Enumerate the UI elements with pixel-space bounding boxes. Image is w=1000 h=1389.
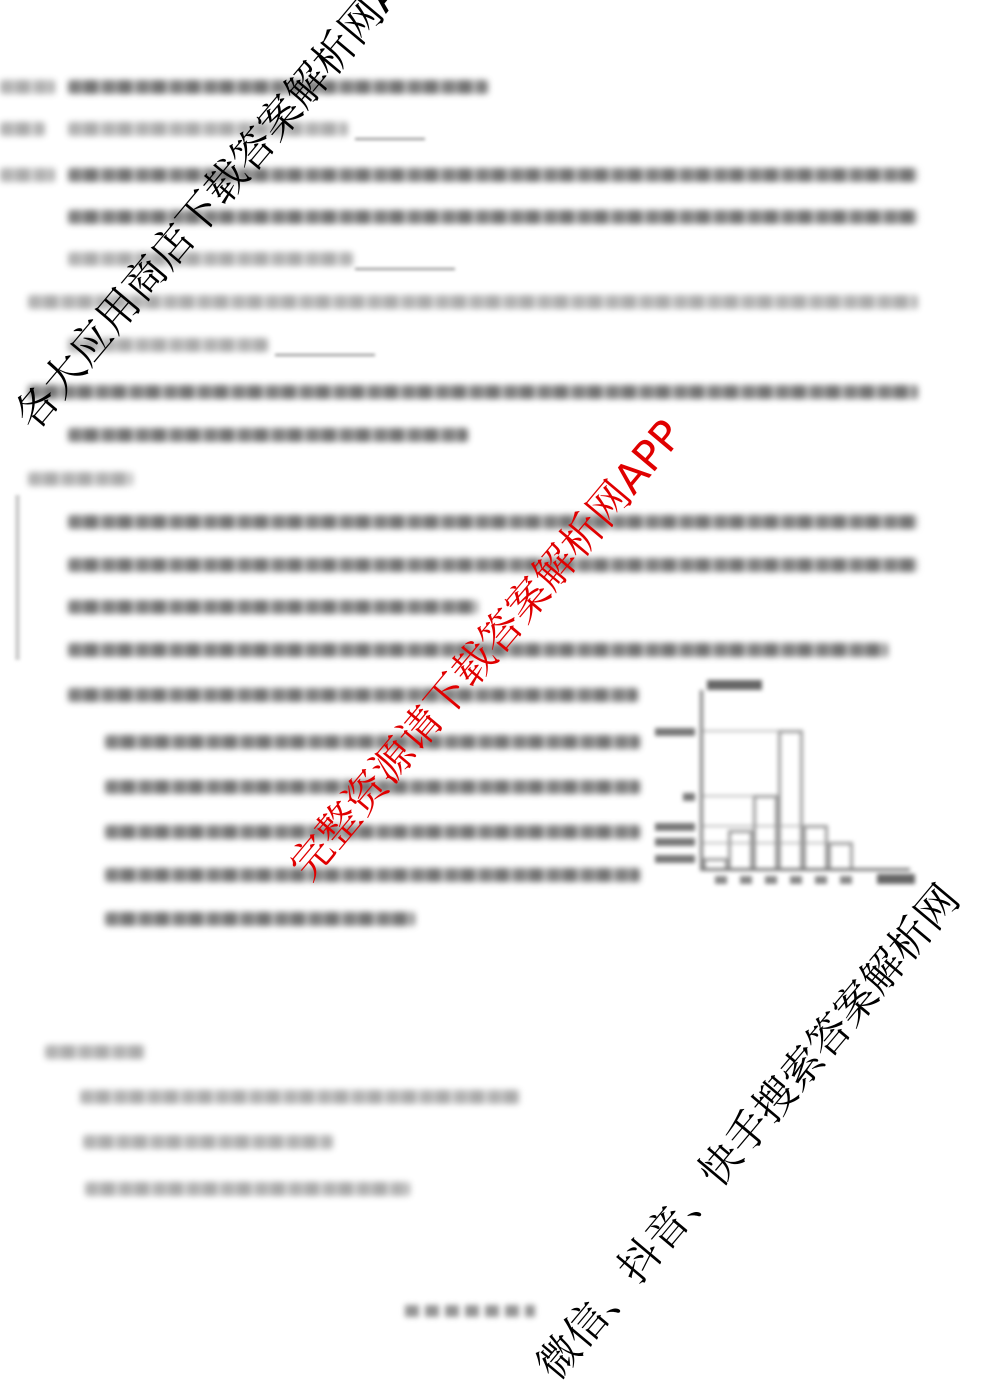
blurred-text-line <box>68 428 468 442</box>
histogram-x-axis <box>700 868 910 871</box>
blurred-text-line <box>105 868 640 882</box>
frequency-histogram <box>655 680 925 890</box>
blurred-text-line <box>68 688 638 702</box>
answer-blank <box>355 268 455 270</box>
blurred-text-line <box>80 1090 520 1104</box>
histogram-y-label <box>707 680 762 690</box>
watermark-bottom-right: 微信、抖音、快手搜索答案解析网 <box>530 877 967 1387</box>
histogram-bar <box>728 830 753 868</box>
histogram-bar <box>778 730 803 868</box>
margin-rule <box>15 495 20 660</box>
histogram-bar <box>703 858 728 868</box>
y-tick <box>655 855 695 863</box>
page-footer <box>405 1305 535 1317</box>
blurred-text-line <box>68 600 478 614</box>
blurred-text-line <box>45 1045 145 1059</box>
y-tick <box>655 838 695 846</box>
blurred-text-line <box>85 1182 410 1196</box>
blurred-text-line <box>68 558 918 572</box>
blurred-text-line <box>0 80 55 94</box>
answer-blank <box>355 138 425 140</box>
histogram-x-tick-labels <box>715 876 865 884</box>
histogram-x-label <box>877 874 915 884</box>
histogram-bar <box>803 825 828 868</box>
blurred-text-line <box>68 515 918 529</box>
y-tick <box>655 823 695 831</box>
blurred-text-line <box>28 295 918 309</box>
answer-blank <box>275 354 375 356</box>
blurred-text-line <box>0 122 45 136</box>
blurred-text-line <box>68 252 353 266</box>
histogram-bar <box>753 795 778 868</box>
y-tick <box>655 728 695 736</box>
blurred-text-line <box>105 825 640 839</box>
blurred-text-line <box>28 472 133 486</box>
y-tick <box>683 793 695 801</box>
histogram-bar <box>828 842 853 868</box>
blurred-text-line <box>0 168 55 182</box>
blurred-text-line <box>28 385 918 399</box>
blurred-text-line <box>105 912 415 926</box>
blurred-text-line <box>83 1135 333 1149</box>
